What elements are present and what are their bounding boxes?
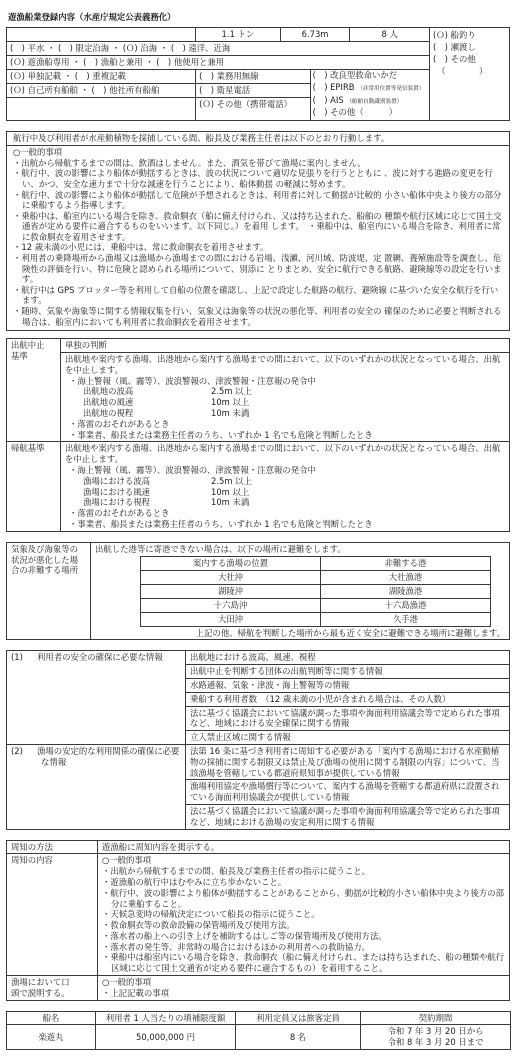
conduct-item: ・随時、気象や海象等に関する情報収集を行い、気象又は海象等の状況の悪化等、利用者… [13, 306, 505, 327]
safety-equipment-column: ( ) 改良型救命いかだ ( ) EPIRB （非常用位置等発信装置） ( ) … [310, 70, 429, 120]
contract-header-capacity: 利用定員又は旅客定員 [236, 1011, 361, 1025]
notify-item: ・遊漁船の航行中はむやみに立ち歩かないこと。 [102, 877, 505, 888]
info-item: 法第 16 条に基づき利用者に周知する必要がある「案内する漁場における水産動植物… [186, 744, 510, 779]
conduct-item: ・乗船中は、船室内にいる場合を除き、救命胴衣（船に備え付けられ、又は持ち込まれた… [13, 211, 505, 243]
vessel-tonnage: 1.1 トン [195, 28, 280, 41]
contract-vessel-name: 楽遊丸 [7, 1025, 96, 1050]
notify-method-label: 周知の方法 [7, 840, 98, 854]
departure-criteria-body: 出航地や案内する漁場、出港地から案内する漁場までの間において、以下のいずれかの状… [61, 353, 510, 442]
contract-table: 船名 利用者 1 人当たりの填補限度額 利用定員又は旅客定員 契約期間 楽遊丸 … [6, 1011, 511, 1050]
return-warning: ・海上警報（風、霧等）、波浪警報の、津波警報・注意報の発令中 [69, 465, 505, 476]
contract-header-limit: 利用者 1 人当たりの填補限度額 [96, 1011, 236, 1025]
conduct-item: ・航行中は GPS プロッター等を利用して自船の位置を確認し、上記で設定した航路… [13, 285, 505, 306]
info-item: 法に基づく協議会において協議が調った事項や海面利用協議会等で定められた事項など、… [186, 804, 510, 829]
communication-column: ( ) 業務用無線 ( ) 衛星電話 (Ｏ) その他（携帯電話） [195, 70, 309, 120]
conduct-body: ○一般的事項 ・出航から帰航するまでの間は、飲酒はしません。また、酒気を帯びて漁… [7, 146, 509, 330]
safety-equipment-item: ( ) EPIRB （非常用位置等発信装置） [311, 82, 429, 94]
contract-limit: 50,000,000 円 [96, 1025, 236, 1050]
notify-oral-body: ○一般的事項 ・上記記載の事項 [98, 976, 510, 1001]
registration-column: (Ｏ) 単独記載 ・ ( ) 重複記載 (Ｏ) 自己所有船舶 ・ ( ) 他社所… [7, 70, 195, 120]
contract-capacity: 8 名 [236, 1025, 361, 1050]
contract-header-period: 契約期間 [361, 1011, 511, 1025]
safety-equipment-item: ( ) 改良型救命いかだ [311, 70, 429, 82]
notification-table: 周知の方法 遊漁船に周知内容を掲示する。 周知の内容 ○一般的事項 ・出航から帰… [6, 840, 510, 1001]
contract-header-name: 船名 [7, 1011, 96, 1025]
notify-content-body: ○一般的事項 ・出航から帰航するまでの間、船長及び業務主任者の指示に従うこと。・… [98, 854, 510, 976]
info-item: 乗船する利用者数 （12 歳未満の小児が含まれる場合は、その人数） [186, 692, 510, 706]
departure-warning: ・海上警報（風、霧等）、波浪警報の、津波警報・注意報の発令中 [69, 376, 505, 387]
evacuation-port-table: 案内する漁場の位置 非難する港 大社沖 大社漁港 湖陵沖 [140, 556, 491, 627]
notify-content-label: 周知の内容 [7, 854, 98, 976]
return-metrics: 漁場における波高2.5m 以上 漁場における風速10m 以上 漁場における視程1… [65, 476, 505, 508]
conduct-item: ・出航から帰航するまでの間は、飲酒はしません。また、酒気を帯びて漁場に案内しませ… [13, 158, 505, 169]
notify-item: ・落水者の船上への引き上げを補助するはしご等の保管場所及び使用方法。 [102, 931, 505, 942]
metric-row: 漁場における視程10m 未満 [83, 497, 505, 508]
evac-row: 大社沖 大社漁港 [141, 570, 491, 584]
evac-row: 十六島沖 十六島漁港 [141, 598, 491, 612]
info-item: 出航地における波高、風速、視程 [186, 651, 510, 665]
note-item: ・事業者、船長または業務主任者のうち、いずれか 1 名でも危険と判断したとき [69, 430, 505, 441]
judgment-cell: 単独の判断 [61, 339, 510, 353]
comm-other: (Ｏ) その他（携帯電話） [196, 97, 309, 120]
usage-row: (Ｏ) 遊漁船専用 ・ ( ) 漁船と兼用 ・ ( ) 他使用と兼用 [7, 55, 429, 69]
page-title: 遊漁船業登録内容（水産庁規定公表義務化） [8, 11, 510, 23]
return-criteria-label: 帰航基準 [7, 442, 61, 531]
comm-radio: ( ) 業務用無線 [196, 70, 309, 83]
criteria-table: 出航中止基準 単独の判断 出航地や案内する漁場、出港地から案内する漁場までの間に… [6, 338, 510, 532]
notify-oral-label: 漁場において口頭で説明する。 [7, 976, 98, 1001]
navigation-area-row: ( ) 平水 ・ ( ) 限定沿海 ・ (Ｏ) 沿海 ・ ( ) 遠洋、近海 [7, 41, 429, 55]
contract-period: 令和 7 年 3 月 20 日から令和 8 年 3 月 20 日まで [361, 1025, 511, 1050]
comm-satellite: ( ) 衛星電話 [196, 83, 309, 97]
conduct-item: ・航行中、波の影響により船体が動揺して危険が予想されるときは、利用者に対して動揺… [13, 190, 505, 211]
business-type-item: （ ） [433, 65, 506, 77]
conduct-item: ・利用者の乗降場所から漁場又は漁場から漁場までの間における岩場、浅瀬、河川域、防… [13, 253, 505, 285]
info-item: 漁場利用協定や漁場慣行等について、案内する漁場を管轄する都道府県に設置されている… [186, 780, 510, 805]
conduct-box: 航行中及び利用者が水産動植物を採捕している間、船長及び業務主任者は以下のとおり行… [6, 131, 510, 332]
departure-metrics: 出航地の波高2.5m 以上 出航地の風速10m 以上 出航地の視程10m 未満 [65, 386, 505, 418]
departure-intro: 出航地や案内する漁場、出港地から案内する漁場までの間において、以下のいずれかの状… [65, 354, 505, 376]
evacuation-intro: 出航した港等に寄港できない場合は、以下の場所に避難をします。 [95, 544, 505, 555]
metric-row: 出航地の視程10m 未満 [83, 408, 505, 419]
notify-item: ・救命胴衣等の救命設備の保管場所及び使用方法。 [102, 920, 505, 931]
info-item: 水路通報、気象・津波・海上警報等の情報 [186, 678, 510, 692]
info-label-2: (2)漁場の安定的な利用関係の確保に必要な情報 [7, 744, 186, 829]
metric-row: 漁場における風速10m 以上 [83, 487, 505, 498]
business-type-item: (Ｏ) 船釣り [433, 29, 506, 41]
evacuation-footer: 上記の他、帰航を判断した場所から最も近く安全に避難できる場所に避難します。 [95, 628, 505, 639]
business-type-item: ( ) 瀬渡し [433, 41, 506, 53]
notify-item: ・出航から帰航するまでの間、船長及び業務主任者の指示に従うこと。 [102, 866, 505, 877]
evacuation-section: 気象及び海象等の状況が悪化した場合の非難する場所 出航した港等に寄港できない場合… [6, 542, 510, 641]
info-item: 出航中止を判断する団体の出航判断等に関する情報 [186, 665, 510, 679]
metric-row: 出航地の風速10m 以上 [83, 397, 505, 408]
vessel-summary-left: 1.1 トン 6.73m 8 人 ( ) 平水 ・ ( ) 限定沿海 ・ (Ｏ)… [6, 27, 430, 121]
note-item: ・事業者、船長または業務主任者のうち、いずれか 1 名でも危険と判断したとき [69, 519, 505, 530]
blank-cell [7, 97, 195, 120]
notify-method: 遊漁船に周知内容を掲示する。 [98, 840, 510, 854]
vessel-length: 6.73m [280, 28, 350, 41]
info-item: 法に基づく協議会において協議が調った事項や海面利用協議会等で定められた事項など、… [186, 706, 510, 731]
business-type-item: ( ) その他 [433, 53, 506, 65]
evac-row: 湖陵沖 湖陵漁港 [141, 584, 491, 598]
notify-oral-item: ・上記記載の事項 [102, 988, 505, 999]
info-label-1: (1)利用者の安全の確保に必要な情報 [7, 651, 186, 745]
evac-col-header-port: 非難する港 [321, 556, 491, 570]
conduct-items: ・出航から帰航するまでの間は、飲酒はしません。また、酒気を帯びて漁場に案内しませ… [13, 158, 505, 328]
conduct-item: ・航行中、波の影響により船体が動揺するときは、波の状況について適切な見張りを行う… [13, 168, 505, 189]
note-item: ・落雷のおそれがあるとき [69, 419, 505, 430]
note-item: ・落雷のおそれがあるとき [69, 508, 505, 519]
evac-col-header-location: 案内する漁場の位置 [141, 556, 321, 570]
evacuation-label: 気象及び海象等の状況が悪化した場合の非難する場所 [7, 542, 91, 640]
metric-row: 漁場における波高2.5m 以上 [83, 476, 505, 487]
evacuation-body: 出航した港等に寄港できない場合は、以下の場所に避難をします。 案内する漁場の位置… [91, 542, 510, 640]
vessel-summary-table: 1.1 トン 6.73m 8 人 ( ) 平水 ・ ( ) 限定沿海 ・ (Ｏ)… [6, 27, 510, 121]
safety-equipment-item: ( ) その他（ ） [311, 107, 429, 119]
return-criteria-body: 出航地や案内する漁場、出港地から案内する漁場までの間において、以下のいずれかの状… [61, 442, 510, 531]
info-item: 立入禁止区域に関する情報 [186, 731, 510, 745]
blank-cell [7, 28, 195, 41]
conduct-header: 航行中及び利用者が水産動植物を採捕している間、船長及び業務主任者は以下のとおり行… [7, 132, 509, 147]
vessel-capacity: 8 人 [349, 28, 429, 41]
conduct-item: ・12 歳未満の小児には、乗船中は、常に救命胴衣を着用させます。 [13, 242, 505, 253]
document-page: 遊漁船業登録内容（水産庁規定公表義務化） 1.1 トン 6.73m 8 人 ( … [0, 0, 516, 1060]
business-type-column: (Ｏ) 船釣り ( ) 瀬渡し ( ) その他 （ ） [430, 27, 510, 121]
conduct-section-title: ○一般的事項 [13, 147, 505, 158]
ownership-type: (Ｏ) 自己所有船舶 ・ ( ) 他社所有船舶 [7, 83, 195, 97]
notify-item: ・乗船中は船室内にいる場合を除き、救命胴衣（船に備え付けられ、または持ち込まれた… [102, 952, 505, 974]
departure-criteria-label: 出航中止基準 [7, 339, 61, 442]
safety-equipment-item: ( ) AIS （船舶自動識別装置） [311, 95, 429, 107]
return-notes: ・落雷のおそれがあるとき・事業者、船長または業務主任者のうち、いずれか 1 名で… [65, 508, 505, 530]
evac-row: 大田沖 久手港 [141, 612, 491, 626]
evac-rows: 大社沖 大社漁港 湖陵沖 湖陵漁港 十六島沖 十六島漁港 [141, 570, 491, 626]
return-intro: 出航地や案内する漁場、出港地から案内する漁場までの間において、以下のいずれかの状… [65, 443, 505, 465]
registration-type: (Ｏ) 単独記載 ・ ( ) 重複記載 [7, 70, 195, 83]
notify-item: ・天候急変時の帰航決定について船長の指示に従うこと。 [102, 909, 505, 920]
notify-content-title: ○一般的事項 [102, 855, 505, 866]
notify-item: ・航行中、波の影響により船体が動揺することがあることから、動揺が比較的小さい船体… [102, 888, 505, 910]
notify-item: ・落水者の発生等、非常時の場合におけるほかの利用者への救助協力。 [102, 942, 505, 953]
required-info-table: (1)利用者の安全の確保に必要な情報 出航地における波高、風速、視程 出航中止を… [6, 650, 510, 829]
metric-row: 出航地の波高2.5m 以上 [83, 386, 505, 397]
departure-notes: ・落雷のおそれがあるとき・事業者、船長または業務主任者のうち、いずれか 1 名で… [65, 419, 505, 441]
notify-oral-title: ○一般的事項 [102, 977, 505, 988]
notify-content-items: ・出航から帰航するまでの間、船長及び業務主任者の指示に従うこと。・遊漁船の航行中… [102, 866, 505, 974]
